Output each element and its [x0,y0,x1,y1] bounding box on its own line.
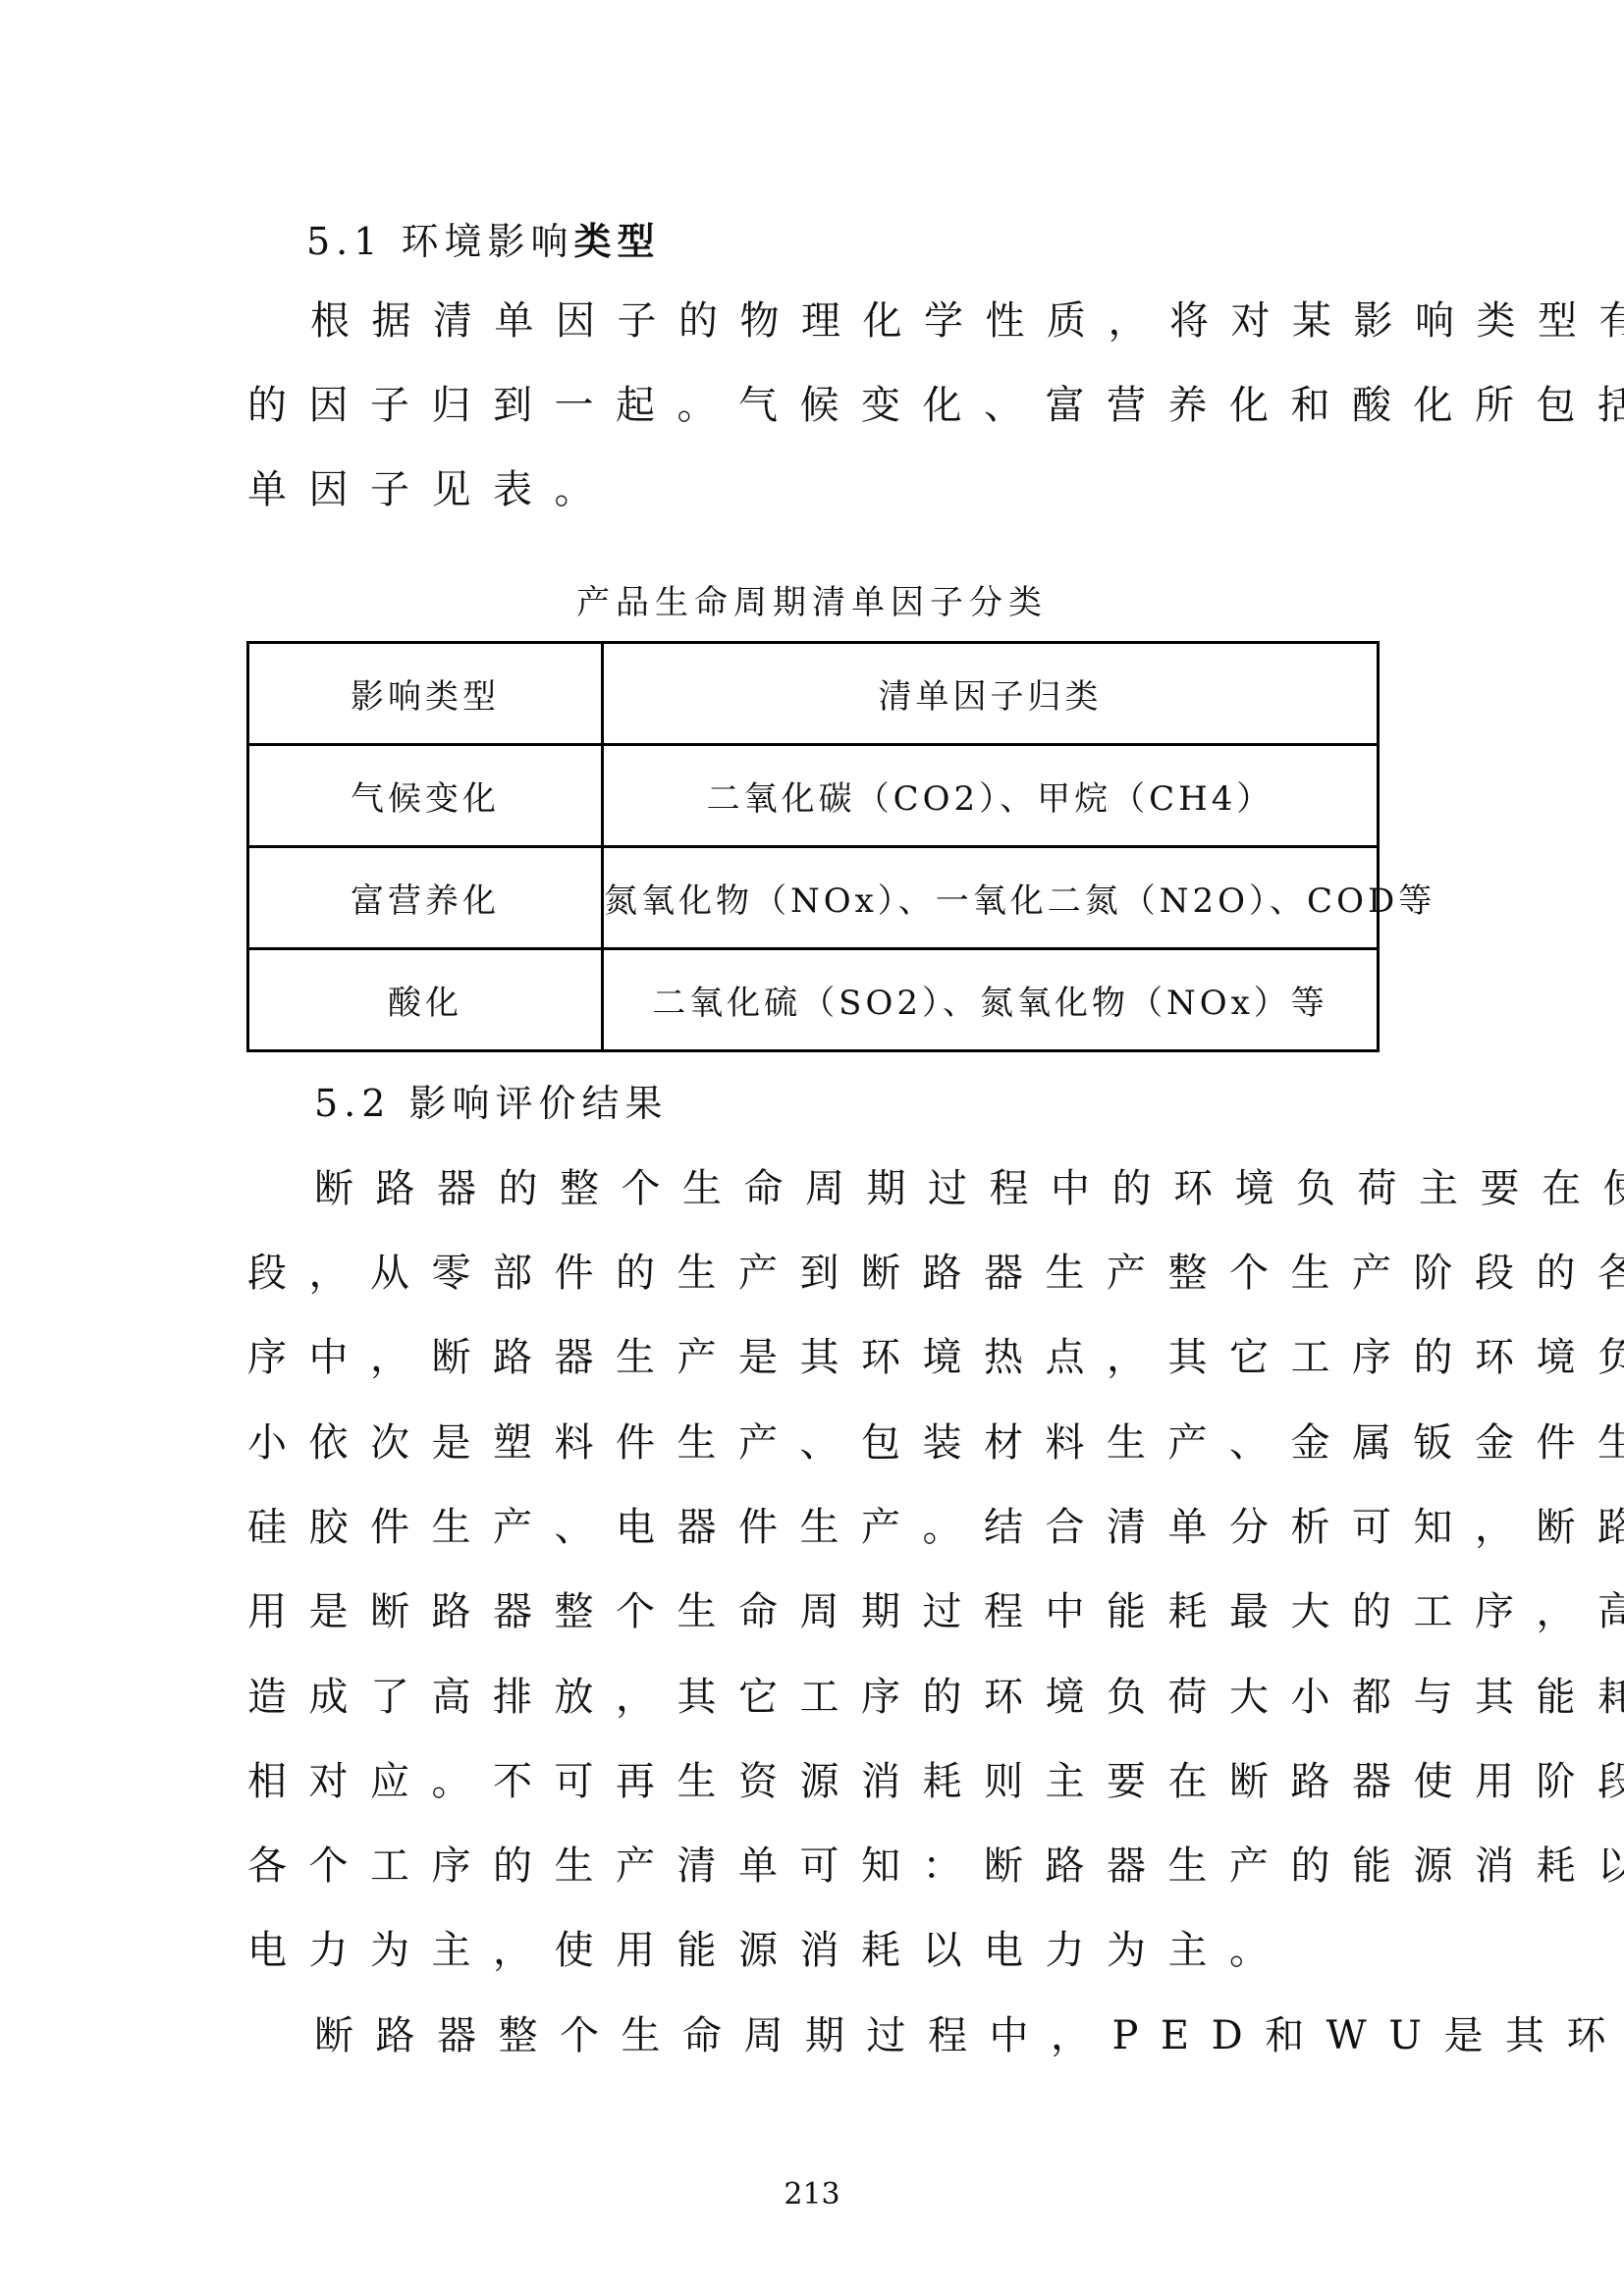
paragraph-line: 小依次是塑料件生产、包装材料生产、金属钣金件生产、 [247,1419,1624,1467]
table-header-cell: 影响类型 [248,643,603,745]
section-heading-5-2: 5.2 影响评价结果 [314,1080,669,1127]
table-caption: 产品生命周期清单因子分类 [0,583,1624,622]
page-number: 213 [0,2177,1624,2213]
paragraph-line: 单因子见表。 [247,466,616,513]
table-header-row: 影响类型 清单因子归类 [248,643,1379,745]
section-title: 环境影响 [402,220,574,263]
paragraph-line: 断路器整个生命周期过程中，PED和WU是其环境热点， [314,2012,1624,2059]
section-number: 5.2 [314,1082,391,1125]
paragraph-line: 断路器的整个生命周期过程中的环境负荷主要在使用阶 [314,1165,1624,1212]
paragraph-line: 段，从零部件的生产到断路器生产整个生产阶段的各个工 [247,1250,1624,1297]
paragraph-line: 造成了高排放，其它工序的环境负荷大小都与其能耗大小 [247,1674,1624,1721]
paragraph-line: 用是断路器整个生命周期过程中能耗最大的工序，高能耗 [247,1588,1624,1635]
paragraph-line: 各个工序的生产清单可知：断路器生产的能源消耗以水和 [247,1842,1624,1890]
table-cell-impact-type: 富营养化 [248,847,603,949]
paragraph-line: 硅胶件生产、电器件生产。结合清单分析可知，断路器使 [247,1504,1624,1551]
table-row: 酸化 二氧化硫（SO2）、氮氧化物（NOx）等 [248,949,1379,1051]
paragraph-line: 序中，断路器生产是其环境热点，其它工序的环境负荷大 [247,1334,1624,1381]
paragraph-line: 相对应。不可再生资源消耗则主要在断路器使用阶段，从 [247,1758,1624,1805]
paragraph-line: 电力为主，使用能源消耗以电力为主。 [247,1927,1291,1974]
section-heading-5-1: 5.1 环境影响类型 [306,218,661,265]
document-page: 5.1 环境影响类型 根据清单因子的物理化学性质，将对某影响类型有贡献 的因子归… [0,0,1624,2296]
table-cell-impact-type: 气候变化 [248,745,603,847]
table-cell-factors: 二氧化碳（CO2）、甲烷（CH4） [603,745,1379,847]
table-row: 富营养化 氮氧化物（NOx）、一氧化二氮（N2O）、COD等 [248,847,1379,949]
section-number: 5.1 [306,220,383,263]
table-cell-factors: 氮氧化物（NOx）、一氧化二氮（N2O）、COD等 [603,847,1379,949]
section-title: 影响评价结果 [409,1082,669,1125]
paragraph-line: 根据清单因子的物理化学性质，将对某影响类型有贡献 [310,297,1624,345]
section-title-bold: 类型 [574,219,661,263]
paragraph-line: 的因子归到一起。气候变化、富营养化和酸化所包括的清 [247,382,1624,429]
table-cell-factors: 二氧化硫（SO2）、氮氧化物（NOx）等 [603,949,1379,1051]
inventory-factor-table: 影响类型 清单因子归类 气候变化 二氧化碳（CO2）、甲烷（CH4） 富营养化 … [246,641,1380,1052]
table-header-cell: 清单因子归类 [603,643,1379,745]
table-row: 气候变化 二氧化碳（CO2）、甲烷（CH4） [248,745,1379,847]
table-cell-impact-type: 酸化 [248,949,603,1051]
